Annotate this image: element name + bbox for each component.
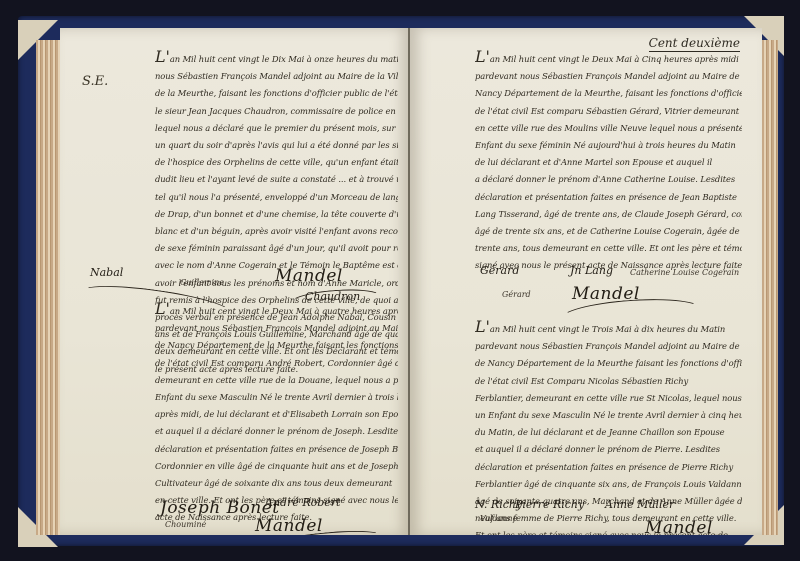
entry-line: demeurant en cette ville rue de la Douan… (155, 372, 398, 389)
left-page: S.E. L'an Mil huit cent vingt le Dix Mai… (60, 28, 410, 535)
entry-line: Ferblantier âgé de cinquante six ans, de… (475, 476, 742, 493)
margin-note: S.E. (82, 74, 108, 89)
signature: André Robert (265, 496, 340, 509)
entry-line: en cette ville rue des Moulins ville Neu… (475, 120, 742, 137)
entry-line: Enfant du sexe Masculin Né le trente Avr… (155, 389, 398, 406)
entry-line: Cordonnier en ville âgé de cinquante hui… (155, 458, 398, 475)
signature: Gérard (502, 290, 531, 299)
entry-line: de l'état civil Est Comparu Nicolas Séba… (475, 373, 742, 390)
entry-line: tel qu'il nous l'a présenté, enveloppé d… (155, 189, 398, 206)
entry-line: de sexe féminin paraissant âgé d'un jour… (155, 240, 398, 257)
entry-line: dudit lieu et l'ayant levé de suite a co… (155, 171, 398, 188)
entry-line: un quart du soir d'après l'avis qui lui … (155, 137, 398, 154)
entry-line: a déclaré donner le prénom d'Anne Cather… (475, 171, 742, 188)
entry-line: Cultivateur âgé de soixante dix ans tous… (155, 475, 398, 492)
signature: Anne Müller (605, 498, 674, 511)
entry-line: déclaration et présentation faites en pr… (475, 459, 742, 476)
entry-line: blanc et d'un béguin, après avoir visité… (155, 223, 398, 240)
entry-line: nous Sébastien François Mandel adjoint a… (155, 68, 398, 85)
entry-line: déclaration et présentation faites en pr… (475, 189, 742, 206)
entry-line: de la Meurthe, faisant les fonctions d'o… (155, 85, 398, 102)
entry-line: de l'état civil Est comparu Sébastien Gé… (475, 103, 742, 120)
register-entry-2: L'an Mil huit cent vingt le Deux Mai à q… (155, 300, 398, 527)
entry-line: L'an Mil huit cent vingt le Deux Mai à q… (155, 300, 398, 320)
signature: Chouminé (165, 520, 206, 529)
signature: Pierre Richy (515, 498, 584, 511)
signature: Joseph Bonet (160, 498, 280, 518)
signature: Catherine Louise Cogerain (630, 268, 739, 277)
page-edges-left (36, 40, 62, 535)
entry-line: Nancy Département de la Meurthe, faisant… (475, 85, 742, 102)
entry-line: pardevant nous Sébastien François Mandel… (155, 320, 398, 337)
entry-line: L'an Mil huit cent vingt le Dix Mai à on… (155, 48, 398, 68)
entry-line: déclaration et présentation faites en pr… (155, 441, 398, 458)
entry-line: de Nancy Département de la Meurthe faisa… (155, 337, 398, 354)
entry-line: de l'hospice des Orphelins de cette vill… (155, 154, 398, 171)
entry-line: du Matin, de lui déclarant et de Jeanne … (475, 424, 742, 441)
entry-line: et auquel il a déclaré donner le prénom … (475, 441, 742, 458)
entry-line: le sieur Jean Jacques Chaudron, commissa… (155, 103, 398, 120)
entry-line: et auquel il a déclaré donner le prénom … (155, 423, 398, 440)
entry-line: de Drap, d'un bonnet et d'une chemise, l… (155, 206, 398, 223)
signature: Gérard (480, 264, 519, 277)
signature: Valdanne (480, 514, 517, 523)
signature: Mandel (645, 518, 713, 535)
entry-line: pardevant nous Sébastien François Mandel… (475, 338, 742, 355)
entry-line: de lui déclarant et d'Anne Martel son Ep… (475, 154, 742, 171)
entry-line: Enfant du sexe féminin Né aujourd'hui à … (475, 137, 742, 154)
entry-line: de Nancy Département de la Meurthe faisa… (475, 355, 742, 372)
entry-line: Ferblantier, demeurant en cette ville ru… (475, 390, 742, 407)
signature: Jn Lang (570, 264, 613, 277)
entry-line: Lang Tisserand, âgé de trente ans, de Cl… (475, 206, 742, 223)
entry-line: âgé de trente six ans, et de Catherine L… (475, 223, 742, 240)
right-page: Cent deuxième L'an Mil huit cent vingt l… (410, 28, 762, 535)
signature: Mandel (255, 516, 323, 535)
entry-line: trente ans, tous demeurant en cette vill… (475, 240, 742, 257)
entry-line: après midi, de lui déclarant et d'Elisab… (155, 406, 398, 423)
signature: Mandel (275, 266, 343, 286)
signature: Nabal (90, 266, 123, 279)
entry-line: de l'état civil Est comparu André Robert… (155, 355, 398, 372)
entry-line: un Enfant du sexe Masculin Né le trente … (475, 407, 742, 424)
entry-line: L'an Mil huit cent vingt le Deux Mai à C… (475, 48, 742, 68)
entry-line: lequel nous a déclaré que le premier du … (155, 120, 398, 137)
register-entry-3: L'an Mil huit cent vingt le Deux Mai à C… (475, 48, 742, 275)
entry-line: L'an Mil huit cent vingt le Trois Mai à … (475, 318, 742, 338)
signature: Guillemine (180, 278, 224, 287)
entry-line: pardevant nous Sébastien François Mandel… (475, 68, 742, 85)
